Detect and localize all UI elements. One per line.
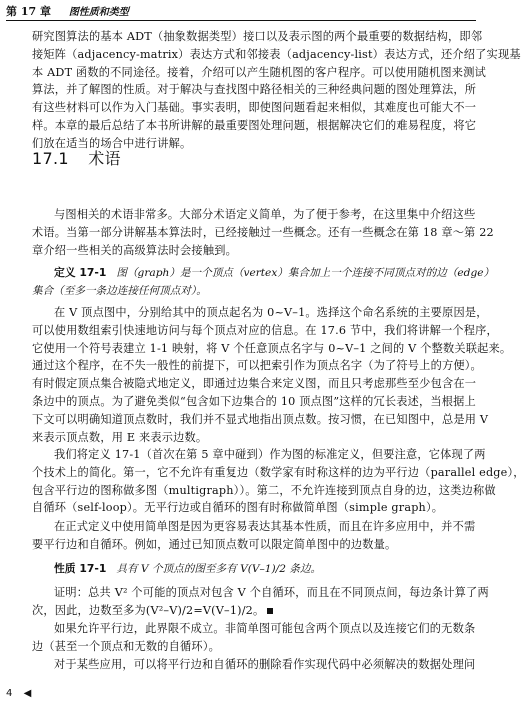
chapter-label: 第 17 章	[6, 5, 51, 18]
text-line: 如果允许平行边，此界限不成立。非简单图可能包含两个顶点以及连接它们的无数条	[32, 620, 472, 638]
intro-paragraph: 研究图算法的基本 ADT（抽象数据类型）接口以及表示图的两个最重要的数据结构，即…	[32, 28, 472, 153]
standard-definition-paragraph: 我们将定义 17-1（首次在第 5 章中碰到）作为图的标准定义，但要注意，它体现…	[32, 446, 472, 517]
proof-text: 证明：总共 V² 个可能的顶点对包含 V 个自循环，而且在不同顶点间，每边条计算…	[32, 584, 472, 620]
proof-paragraph: 证明：总共 V² 个可能的顶点对包含 V 个自循环，而且在不同顶点间，每边条计算…	[32, 584, 472, 620]
text-line: 集合（至多一条边连接任何顶点对）。	[32, 283, 472, 301]
property-17-1: 性质 17-1具有 V 个顶点的图至多有 V(V–1)/2 条边。	[32, 560, 472, 579]
intro-text: 研究图算法的基本 ADT（抽象数据类型）接口以及表示图的两个最重要的数据结构，即…	[32, 28, 472, 153]
text-line: 与图相关的术语非常多。大部分术语定义简单，为了便于参考，在这里集中介绍这些	[32, 206, 472, 224]
section-title: 术语	[88, 149, 121, 168]
running-head: 第 17 章 图性质和类型	[6, 6, 476, 21]
text-line: 它使用一个符号表建立 1-1 映射，将 V 个任意顶点名字与 0~V–1 之间的…	[32, 340, 472, 358]
parallel-text: 如果允许平行边，此界限不成立。非简单图可能包含两个顶点以及连接它们的无数条 边（…	[32, 620, 472, 656]
standard-text: 我们将定义 17-1（首次在第 5 章中碰到）作为图的标准定义，但要注意，它体现…	[32, 446, 472, 517]
section-heading: 17.1 术语	[32, 146, 121, 169]
text-line: 样。本章的最后总结了本书所讲解的最重要图处理问题，根据解决它们的难易程度，将它	[32, 117, 472, 135]
text-line: 术语。当第一部分讲解基本算法时，已经接触过一些概念。还有一些概念在第 18 章～…	[32, 224, 472, 242]
text-line: 通过这个程序，在不失一般性的前提下，可以把索引作为顶点名字（为了符号上的方便）。	[32, 357, 472, 375]
text-line: 章介绍一些相关的高级算法时会接触到。	[32, 242, 472, 260]
vertices-paragraph: 在 V 顶点图中，分别给其中的顶点起名为 0~V–1。选择这个命名系统的主要原因…	[32, 304, 472, 446]
text-line: 有这些材料可以作为入门基础。事实表明，即使图问题看起来相似，其难度也可能大不一	[32, 99, 472, 117]
text-line: 研究图算法的基本 ADT（抽象数据类型）接口以及表示图的两个最重要的数据结构，即…	[32, 28, 472, 46]
text-line: 下文可以明确知道顶点数时，我们并不显式地指出顶点数。按习惯，在已知图中，总是用 …	[32, 411, 472, 429]
text-line: 定义 17-1图（graph）是一个顶点（vertex）集合加上一个连接不同顶点…	[32, 264, 472, 283]
property-body: 具有 V 个顶点的图至多有 V(V–1)/2 条边。	[116, 563, 321, 575]
text-line: 在正式定义中使用简单图是因为更容易表达其基本性质，而且在许多应用中，并不需	[32, 518, 472, 536]
page-number: 4	[6, 688, 12, 699]
left-arrow-icon: ◀	[24, 688, 32, 699]
text-line: 本 ADT 函数的不同途径。接着，介绍可以产生随机图的客户程序。可以使用随机图来…	[32, 64, 472, 82]
text-line: 可以使用数组索引快速地访问与每个顶点对应的信息。在 17.6 节中，我们将讲解一…	[32, 322, 472, 340]
text-line: 对于某些应用，可以将平行边和自循环的删除看作实现代码中必须解决的数据处理问	[32, 656, 472, 674]
text-line: 包含平行边的图称做多图（multigraph））。第二，不允许连接到顶点自身的边…	[32, 482, 472, 500]
page-folio: 4 ◀	[6, 688, 31, 699]
text-line: 边（甚至一个顶点和无数的自循环）。	[32, 638, 472, 656]
qed-square-icon	[267, 608, 273, 614]
text-line: 有时假定顶点集合被隐式地定义，即通过边集合来定义图，而且只考虑那些至少包含在一	[32, 375, 472, 393]
text-line: 我们将定义 17-1（首次在第 5 章中碰到）作为图的标准定义，但要注意，它体现…	[32, 446, 472, 464]
text-line: 性质 17-1具有 V 个顶点的图至多有 V(V–1)/2 条边。	[32, 560, 472, 579]
text-line: 次，因此，边数至多为(V²–V)/2=V(V–1)/2。	[32, 602, 472, 620]
terms-text: 与图相关的术语非常多。大部分术语定义简单，为了便于参考，在这里集中介绍这些 术语…	[32, 206, 472, 259]
text-line: 条边中的顶点。为了避免类似“包含如下边集合的 10 顶点图”这样的冗长表述，当根…	[32, 393, 472, 411]
chapter-title: 图性质和类型	[69, 7, 129, 18]
definition-text: 定义 17-1图（graph）是一个顶点（vertex）集合加上一个连接不同顶点…	[32, 264, 472, 301]
text-line: 自循环（self-loop）。无平行边或自循环的图有时称做简单图（simple …	[32, 499, 472, 517]
applications-text: 对于某些应用，可以将平行边和自循环的删除看作实现代码中必须解决的数据处理问	[32, 656, 472, 674]
text-line: 个技术上的简化。第一，它不允许有重复边（数学家有时称这样的边为平行边（paral…	[32, 464, 472, 482]
proof-end-text: 次，因此，边数至多为(V²–V)/2=V(V–1)/2。	[32, 604, 264, 617]
text-line: 接矩阵（adjacency-matrix）表达方式和邻接表（adjacency-…	[32, 46, 472, 64]
definition-label: 定义 17-1	[54, 266, 106, 279]
definition-17-1: 定义 17-1图（graph）是一个顶点（vertex）集合加上一个连接不同顶点…	[32, 264, 472, 301]
definition-body: 图（graph）是一个顶点（vertex）集合加上一个连接不同顶点对的边（edg…	[116, 267, 494, 279]
property-label: 性质 17-1	[54, 562, 106, 575]
simple-text: 在正式定义中使用简单图是因为更容易表达其基本性质，而且在许多应用中，并不需 要平…	[32, 518, 472, 554]
text-line: 来表示顶点数，用 E 来表示边数。	[32, 429, 472, 447]
terms-paragraph: 与图相关的术语非常多。大部分术语定义简单，为了便于参考，在这里集中介绍这些 术语…	[32, 206, 472, 259]
parallel-edges-paragraph: 如果允许平行边，此界限不成立。非简单图可能包含两个顶点以及连接它们的无数条 边（…	[32, 620, 472, 656]
applications-paragraph: 对于某些应用，可以将平行边和自循环的删除看作实现代码中必须解决的数据处理问	[32, 656, 472, 674]
simple-graph-paragraph: 在正式定义中使用简单图是因为更容易表达其基本性质，而且在许多应用中，并不需 要平…	[32, 518, 472, 554]
section-number: 17.1	[32, 149, 69, 168]
text-line: 在 V 顶点图中，分别给其中的顶点起名为 0~V–1。选择这个命名系统的主要原因…	[32, 304, 472, 322]
text-line: 算法，并了解图的性质。对于解决与查找图中路径相关的三种经典问题的图处理算法，所	[32, 81, 472, 99]
text-line: 证明：总共 V² 个可能的顶点对包含 V 个自循环，而且在不同顶点间，每边条计算…	[32, 584, 472, 602]
property-text: 性质 17-1具有 V 个顶点的图至多有 V(V–1)/2 条边。	[32, 560, 472, 579]
vertices-text: 在 V 顶点图中，分别给其中的顶点起名为 0~V–1。选择这个命名系统的主要原因…	[32, 304, 472, 446]
text-line: 要平行边和自循环。例如，通过已知顶点数可以限定简单图中的边数量。	[32, 536, 472, 554]
